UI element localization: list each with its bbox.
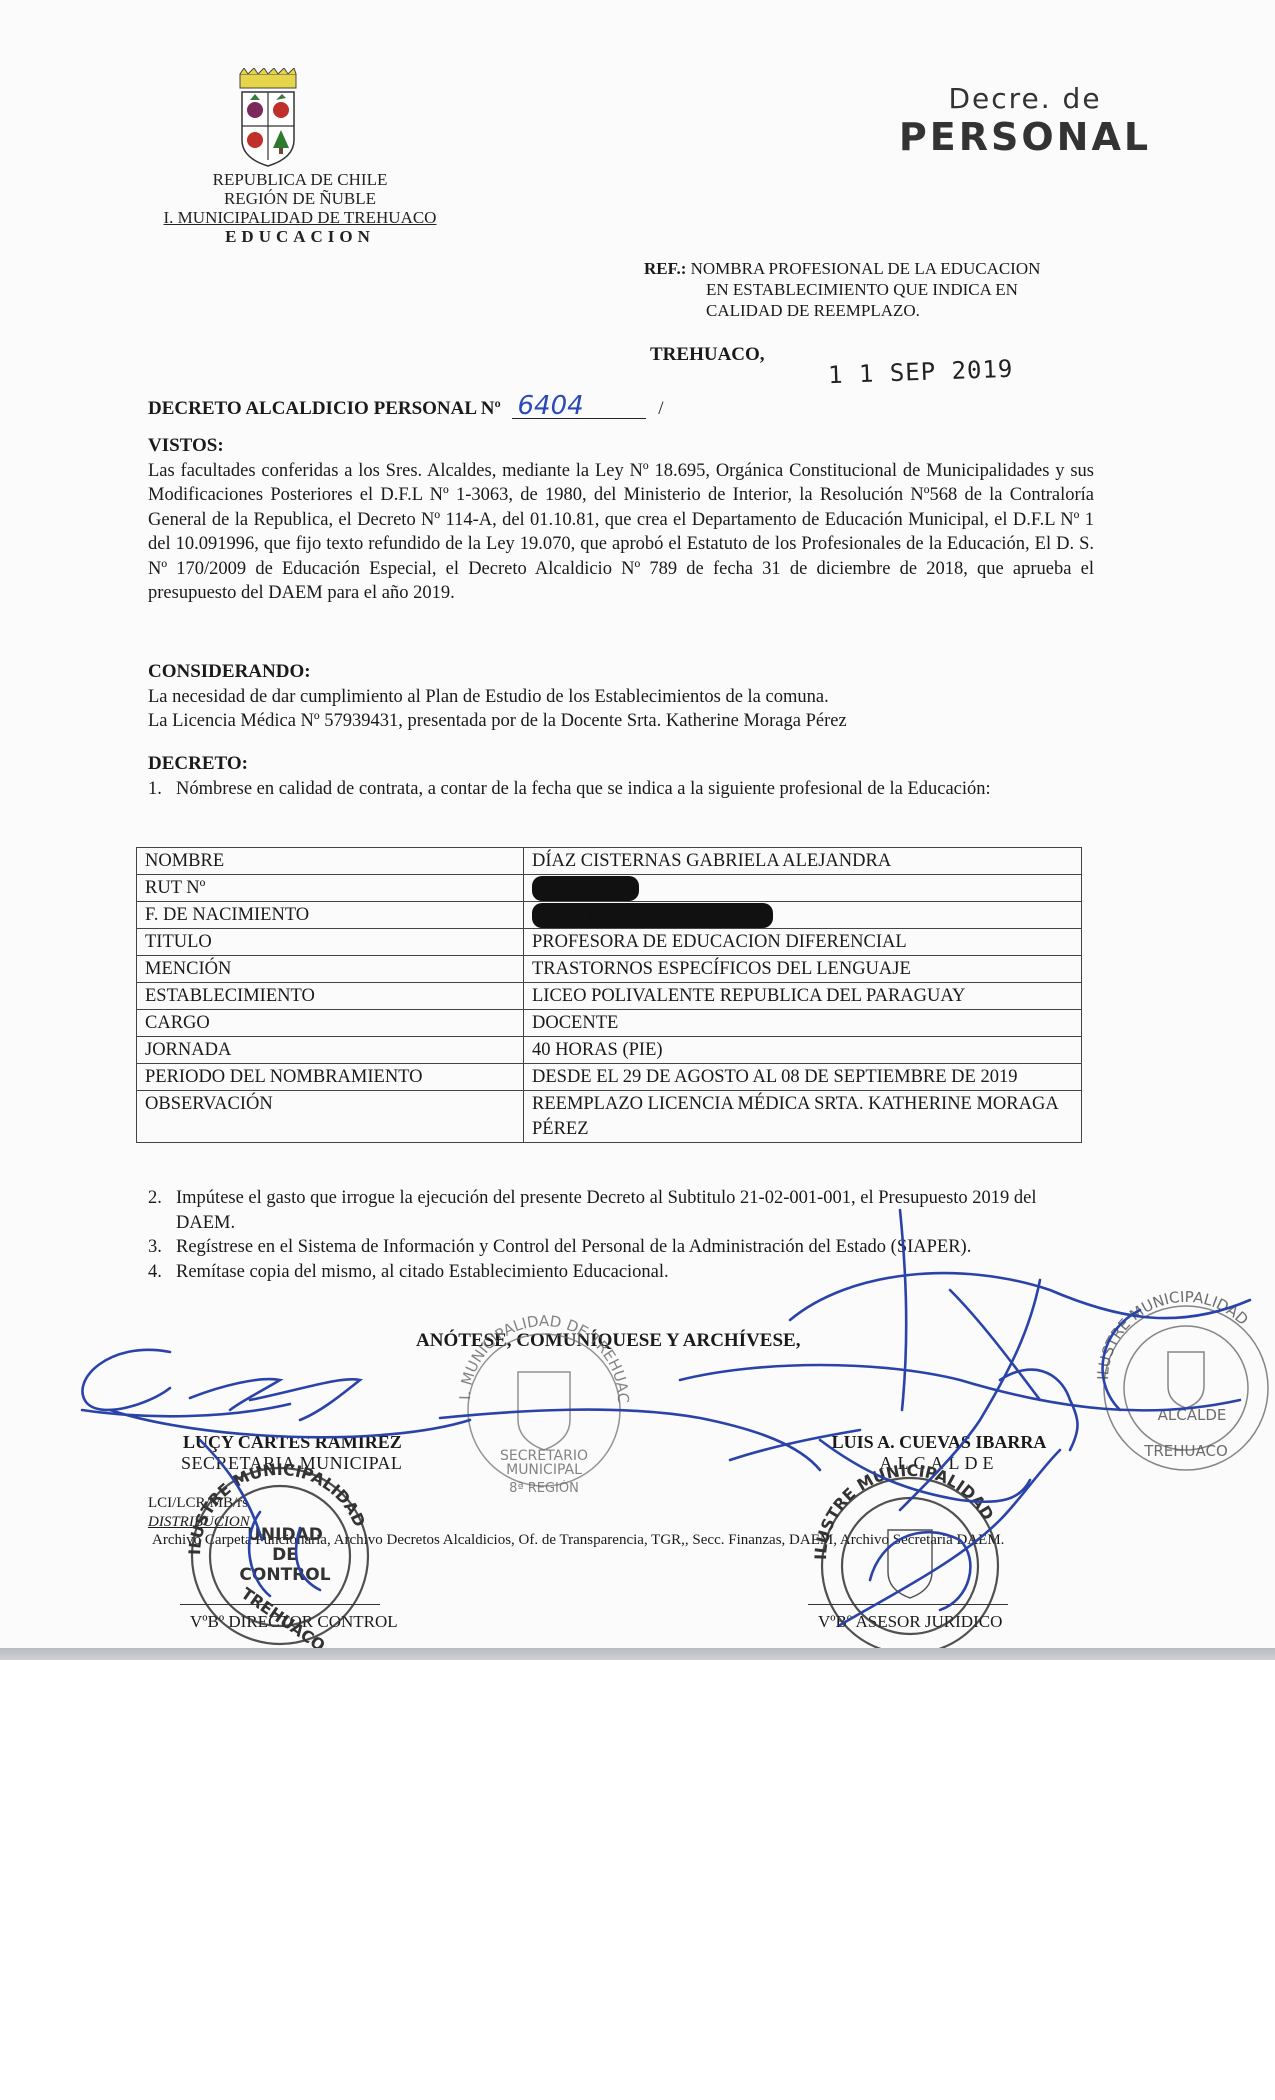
decree-items-continued: 2. Impútese el gasto que irrogue la ejec…: [148, 1186, 1094, 1284]
document-type-line1: Decre. de: [880, 82, 1170, 116]
field-value: TRASTORNOS ESPECÍFICOS DEL LENGUAJE: [524, 956, 1082, 983]
mayor-seal-text: ALCALDE: [1158, 1406, 1227, 1424]
header-line-department: EDUCACION: [130, 227, 470, 246]
field-value: DÍAZ CISTERNAS GABRIELA ALEJANDRA: [524, 848, 1082, 875]
field-label: CARGO: [137, 1010, 524, 1037]
reference-line: EN ESTABLECIMIENTO QUE INDICA EN: [644, 279, 1104, 300]
mayor-seal-stamp: [1104, 1306, 1268, 1470]
signatory-role: ALCALDE: [826, 1453, 1052, 1474]
decree-item-number: 3.: [148, 1235, 176, 1260]
closing-formula: ANÓTESE, COMUNÍQUESE Y ARCHÍVESE,: [416, 1330, 800, 1352]
approval-line: [180, 1604, 380, 1605]
decree-item: 1. Nómbrese en calidad de contrata, a co…: [148, 777, 1094, 802]
decree-number-label: DECRETO ALCALDICIO PERSONAL Nº: [148, 398, 501, 419]
reference-label: REF.:: [644, 259, 686, 278]
reference-line: CALIDAD DE REEMPLAZO.: [644, 300, 1104, 321]
decree-item-number: 2.: [148, 1186, 176, 1235]
field-value: REEMPLAZO LICENCIA MÉDICA SRTA. KATHERIN…: [524, 1091, 1082, 1143]
approval-line: [808, 1604, 1008, 1605]
field-label: OBSERVACIÓN: [137, 1091, 524, 1143]
vistos-section: VISTOS: Las facultades conferidas a los …: [148, 434, 1094, 606]
distribution-list: Archivo Carpeta Funcionaria, Archivo Dec…: [152, 1532, 1004, 1549]
table-row: OBSERVACIÓNREEMPLAZO LICENCIA MÉDICA SRT…: [137, 1091, 1082, 1143]
secretary-seal-stamp: [468, 1334, 620, 1486]
approval-legal: VºBº ASESOR JURIDICO: [818, 1612, 1002, 1632]
initials-block: LCI/LCR/MB/rs DISTRIBUCION: [148, 1494, 250, 1532]
decree-item-number: 4.: [148, 1260, 176, 1285]
decree-item: 3. Regístrese en el Sistema de Informaci…: [148, 1235, 1094, 1260]
field-label: TITULO: [137, 929, 524, 956]
table-row: JORNADA40 HORAS (PIE): [137, 1037, 1082, 1064]
place-label: TREHUACO,: [650, 344, 765, 366]
stamps-and-signatures-overlay: I. MUNICIPALIDAD DE TREHUACO SECRETARIO …: [0, 0, 1275, 1648]
decreto-heading: DECRETO:: [148, 752, 1094, 777]
decree-number-handwritten: 6404: [512, 394, 646, 419]
considerando-line: La necesidad de dar cumplimiento al Plan…: [148, 685, 1094, 710]
redacted-value: 05 DE NOVIEMBRE DE 1982: [532, 903, 773, 928]
considerando-line: La Licencia Médica Nº 57939431, presenta…: [148, 709, 1094, 734]
approval-control: VºBº DIRECTOR CONTROL: [190, 1612, 398, 1632]
field-label: ESTABLECIMIENTO: [137, 983, 524, 1010]
header-line-country: REPUBLICA DE CHILE: [130, 170, 470, 189]
svg-text:ILUSTRE MUNICIPALIDAD: ILUSTRE MUNICIPALIDAD: [1094, 1288, 1252, 1380]
signature-block-mayor: LUIS A. CUEVAS IBARRA ALCALDE: [826, 1432, 1052, 1474]
decree-number-line: DECRETO ALCALDICIO PERSONAL Nº 6404 /: [148, 394, 664, 420]
reference-line: NOMBRA PROFESIONAL DE LA EDUCACION: [691, 259, 1041, 278]
field-value: DOCENTE: [524, 1010, 1082, 1037]
field-label: PERIODO DEL NOMBRAMIENTO: [137, 1064, 524, 1091]
table-row: TITULOPROFESORA DE EDUCACION DIFERENCIAL: [137, 929, 1082, 956]
redacted-value: 15.158.566-3: [532, 876, 639, 901]
considerando-section: CONSIDERANDO: La necesidad de dar cumpli…: [148, 660, 1094, 734]
document-type-stamp: Decre. de PERSONAL: [880, 82, 1170, 158]
field-value: 05 DE NOVIEMBRE DE 1982: [524, 902, 1082, 929]
signature-block-secretary: LUÇY CARTES RAMIREZ SECRETARIA MUNICIPAL: [183, 1432, 402, 1474]
field-value: 15.158.566-3: [524, 875, 1082, 902]
table-row: F. DE NACIMIENTO05 DE NOVIEMBRE DE 1982: [137, 902, 1082, 929]
vistos-text: Las facultades conferidas a los Sres. Al…: [148, 461, 1094, 604]
field-label: RUT Nº: [137, 875, 524, 902]
date-stamp: 1 1 SEP 2019: [828, 355, 1014, 389]
table-row: CARGODOCENTE: [137, 1010, 1082, 1037]
field-label: F. DE NACIMIENTO: [137, 902, 524, 929]
document-type-line2: PERSONAL: [880, 116, 1170, 158]
municipal-coat-of-arms-icon: [234, 68, 302, 168]
mayor-seal-text: TREHUACO: [1143, 1442, 1228, 1460]
secretary-seal-text: 8ª REGIÓN: [509, 1480, 579, 1496]
considerando-heading: CONSIDERANDO:: [148, 660, 1094, 685]
control-seal-text: CONTROL: [239, 1565, 330, 1585]
decree-item: 4. Remítase copia del mismo, al citado E…: [148, 1260, 1094, 1285]
table-row: RUT Nº15.158.566-3: [137, 875, 1082, 902]
signatory-role: SECRETARIA MUNICIPAL: [181, 1453, 402, 1474]
decree-item-number: 1.: [148, 777, 176, 802]
header-line-region: REGIÓN DE ÑUBLE: [130, 189, 470, 208]
scanned-document-page: REPUBLICA DE CHILE REGIÓN DE ÑUBLE I. MU…: [0, 0, 1275, 1648]
decree-number-suffix: /: [658, 398, 663, 419]
table-row: NOMBREDÍAZ CISTERNAS GABRIELA ALEJANDRA: [137, 848, 1082, 875]
signatory-name: LUIS A. CUEVAS IBARRA: [826, 1432, 1052, 1453]
field-label: JORNADA: [137, 1037, 524, 1064]
decree-item-text: Nómbrese en calidad de contrata, a conta…: [176, 777, 1094, 802]
distribution-label: DISTRIBUCION: [148, 1513, 250, 1532]
decreto-section: DECRETO: 1. Nómbrese en calidad de contr…: [148, 752, 1094, 801]
decree-item-text: Regístrese en el Sistema de Información …: [176, 1235, 1094, 1260]
secretary-seal-text: MUNICIPAL: [506, 1462, 582, 1478]
signatory-name: LUÇY CARTES RAMIREZ: [183, 1432, 402, 1453]
issuer-header: REPUBLICA DE CHILE REGIÓN DE ÑUBLE I. MU…: [130, 170, 470, 246]
reference-block: REF.: NOMBRA PROFESIONAL DE LA EDUCACION…: [644, 258, 1104, 321]
header-line-municipality: I. MUNICIPALIDAD DE TREHUACO: [130, 208, 470, 227]
field-value: DESDE EL 29 DE AGOSTO AL 08 DE SEPTIEMBR…: [524, 1064, 1082, 1091]
table-row: ESTABLECIMIENTOLICEO POLIVALENTE REPUBLI…: [137, 983, 1082, 1010]
field-value: 40 HORAS (PIE): [524, 1037, 1082, 1064]
field-label: MENCIÓN: [137, 956, 524, 983]
table-row: MENCIÓNTRASTORNOS ESPECÍFICOS DEL LENGUA…: [137, 956, 1082, 983]
table-row: PERIODO DEL NOMBRAMIENTODESDE EL 29 DE A…: [137, 1064, 1082, 1091]
field-label: NOMBRE: [137, 848, 524, 875]
field-value: LICEO POLIVALENTE REPUBLICA DEL PARAGUAY: [524, 983, 1082, 1010]
decree-item: 2. Impútese el gasto que irrogue la ejec…: [148, 1186, 1094, 1235]
scan-edge-shadow: [0, 1648, 1275, 1660]
vistos-heading: VISTOS:: [148, 434, 1094, 459]
decree-item-text: Impútese el gasto que irrogue la ejecuci…: [176, 1186, 1094, 1235]
decree-item-text: Remítase copia del mismo, al citado Esta…: [176, 1260, 1094, 1285]
secretary-seal-text: SECRETARIO: [500, 1448, 588, 1464]
appointee-details-table: NOMBREDÍAZ CISTERNAS GABRIELA ALEJANDRAR…: [136, 847, 1082, 1143]
initials: LCI/LCR/MB/rs: [148, 1494, 250, 1513]
field-value: PROFESORA DE EDUCACION DIFERENCIAL: [524, 929, 1082, 956]
